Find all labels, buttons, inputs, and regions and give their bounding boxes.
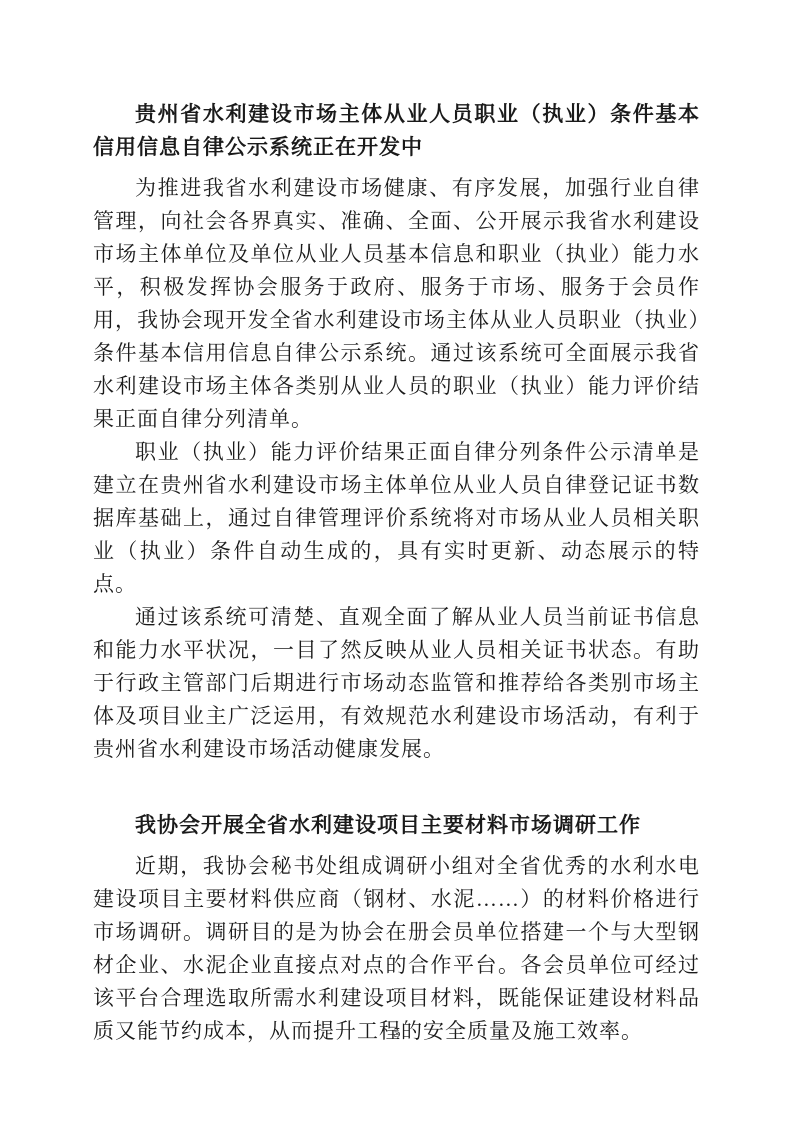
section-materials-survey: 我协会开展全省水利建设项目主要材料市场调研工作 近期，我协会秘书处组成调研小组对… bbox=[93, 809, 700, 1048]
section-1-title: 贵州省水利建设市场主体从业人员职业（执业）条件基本信用信息自律公示系统正在开发中 bbox=[93, 98, 700, 164]
page-footer: 5 bbox=[0, 1024, 794, 1042]
section-2-paragraph-1: 近期，我协会秘书处组成调研小组对全省优秀的水利水电建设项目主要材料供应商（钢材、… bbox=[93, 850, 700, 1048]
section-2-title: 我协会开展全省水利建设项目主要材料市场调研工作 bbox=[93, 809, 700, 842]
section-1-paragraph-2: 职业（执业）能力评价结果正面自律分列条件公示清单是建立在贵州省水利建设市场主体单… bbox=[93, 436, 700, 601]
page-number: 5 bbox=[394, 1026, 401, 1041]
section-publicity-system: 贵州省水利建设市场主体从业人员职业（执业）条件基本信用信息自律公示系统正在开发中… bbox=[93, 98, 700, 766]
page-content: 贵州省水利建设市场主体从业人员职业（执业）条件基本信用信息自律公示系统正在开发中… bbox=[93, 98, 700, 1048]
section-1-paragraph-1: 为推进我省水利建设市场健康、有序发展，加强行业自律管理，向社会各界真实、准确、全… bbox=[93, 172, 700, 436]
document-page: 贵州省水利建设市场主体从业人员职业（执业）条件基本信用信息自律公示系统正在开发中… bbox=[0, 0, 794, 1123]
section-1-paragraph-3: 通过该系统可清楚、直观全面了解从业人员当前证书信息和能力水平状况，一目了然反映从… bbox=[93, 601, 700, 766]
